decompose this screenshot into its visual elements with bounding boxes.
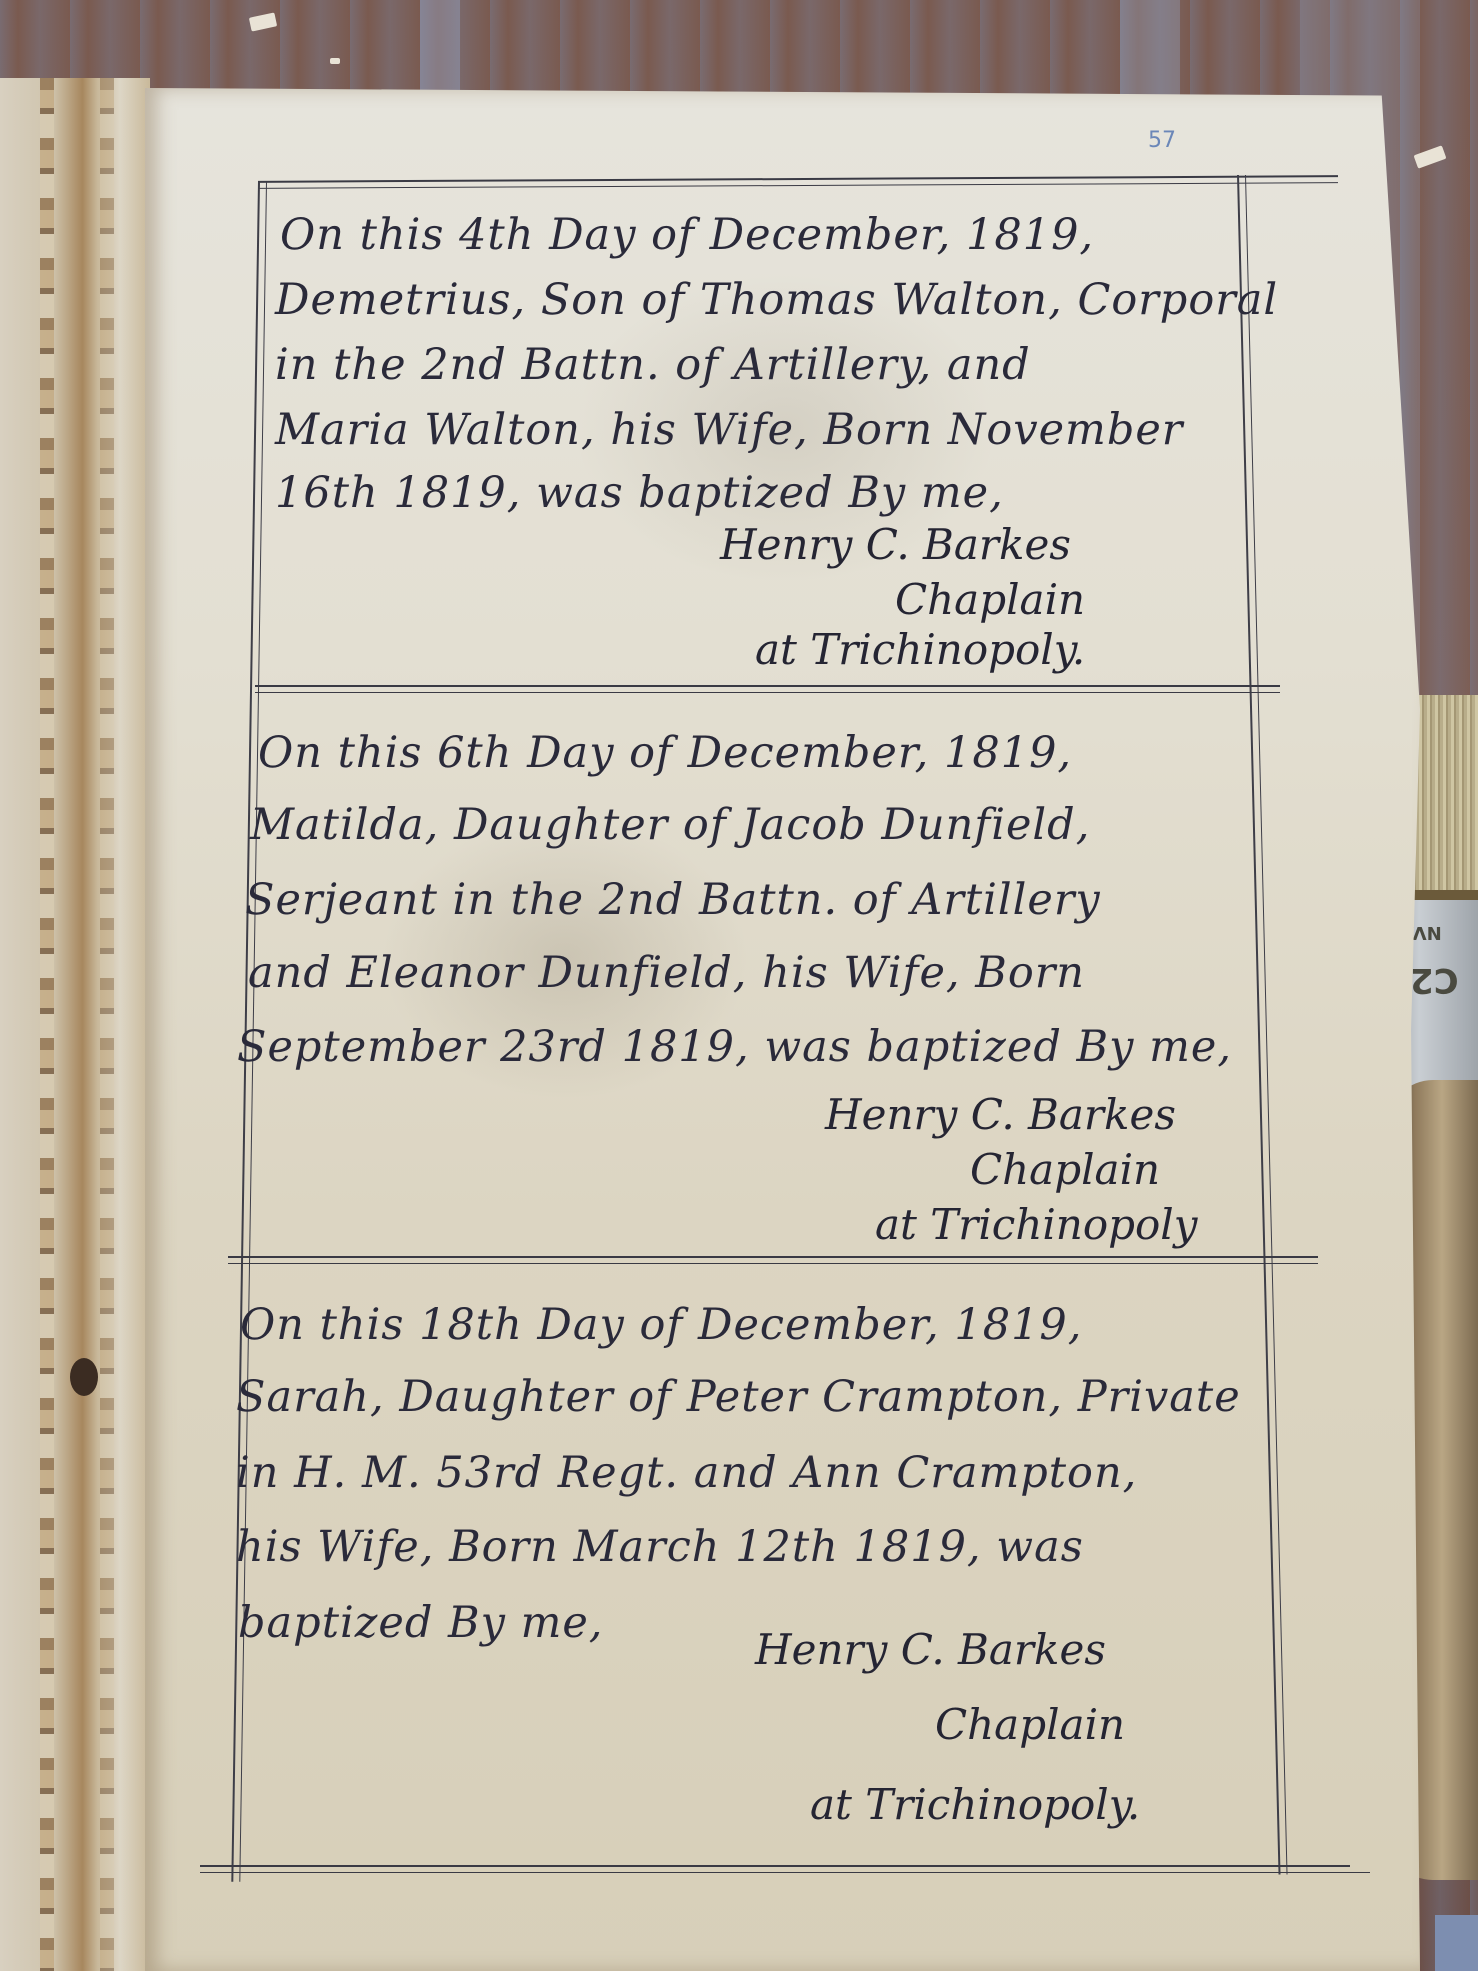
binding-hole [70, 1358, 98, 1396]
entry-line: his Wife, Born March 12th 1819, was [236, 1522, 1084, 1572]
entry-line: Demetrius, Son of Thomas Walton, Corpora… [275, 275, 1278, 325]
entry-line: On this 18th Day of December, 1819, [240, 1300, 1082, 1350]
entry-divider [255, 685, 1280, 687]
signature-location: at Trichinopoly [875, 1200, 1197, 1249]
entry-line: On this 4th Day of December, 1819, [280, 210, 1094, 260]
entry-divider [228, 1263, 1318, 1264]
entry-line: in the 2nd Battn. of Artillery, and [275, 340, 1031, 390]
signature-location: at Trichinopoly. [755, 625, 1085, 674]
entry-line: and Eleanor Dunfield, his Wife, Born [248, 948, 1085, 998]
signature-name: Henry C. Barkes [755, 1625, 1106, 1674]
signature-title: Chaplain [895, 575, 1085, 624]
entry-line: Maria Walton, his Wife, Born November [275, 405, 1183, 455]
entry-line: Sarah, Daughter of Peter Crampton, Priva… [236, 1372, 1241, 1422]
left-page-edge [0, 78, 150, 1971]
torn-edge [100, 78, 114, 1971]
signature-location: at Trichinopoly. [810, 1780, 1140, 1829]
entry-line: Serjeant in the 2nd Battn. of Artillery [245, 875, 1101, 925]
frame-bottom-rule [200, 1865, 1350, 1867]
entry-line: 16th 1819, was baptized By me, [275, 468, 1004, 518]
wood-corner [1435, 1915, 1478, 1971]
entry-line: Matilda, Daughter of Jacob Dunfield, [250, 800, 1090, 850]
signature-name: Henry C. Barkes [825, 1090, 1176, 1139]
entry-line: in H. M. 53rd Regt. and Ann Crampton, [236, 1448, 1137, 1498]
paper-chip [330, 58, 340, 64]
entry-line: On this 6th Day of December, 1819, [258, 728, 1072, 778]
frame-bottom-rule [200, 1872, 1370, 1873]
brush-label: C2 [1410, 960, 1459, 1000]
signature-name: Henry C. Barkes [720, 520, 1071, 569]
signature-title: Chaplain [970, 1145, 1160, 1194]
entry-line: baptized By me, [238, 1598, 603, 1648]
page-number: 57 [1148, 128, 1176, 153]
entry-divider [255, 692, 1280, 693]
entry-divider [228, 1256, 1318, 1258]
signature-title: Chaplain [935, 1700, 1125, 1749]
paper-chip [249, 12, 277, 31]
entry-line: September 23rd 1819, was baptized By me, [237, 1022, 1232, 1072]
torn-edge [40, 78, 54, 1971]
